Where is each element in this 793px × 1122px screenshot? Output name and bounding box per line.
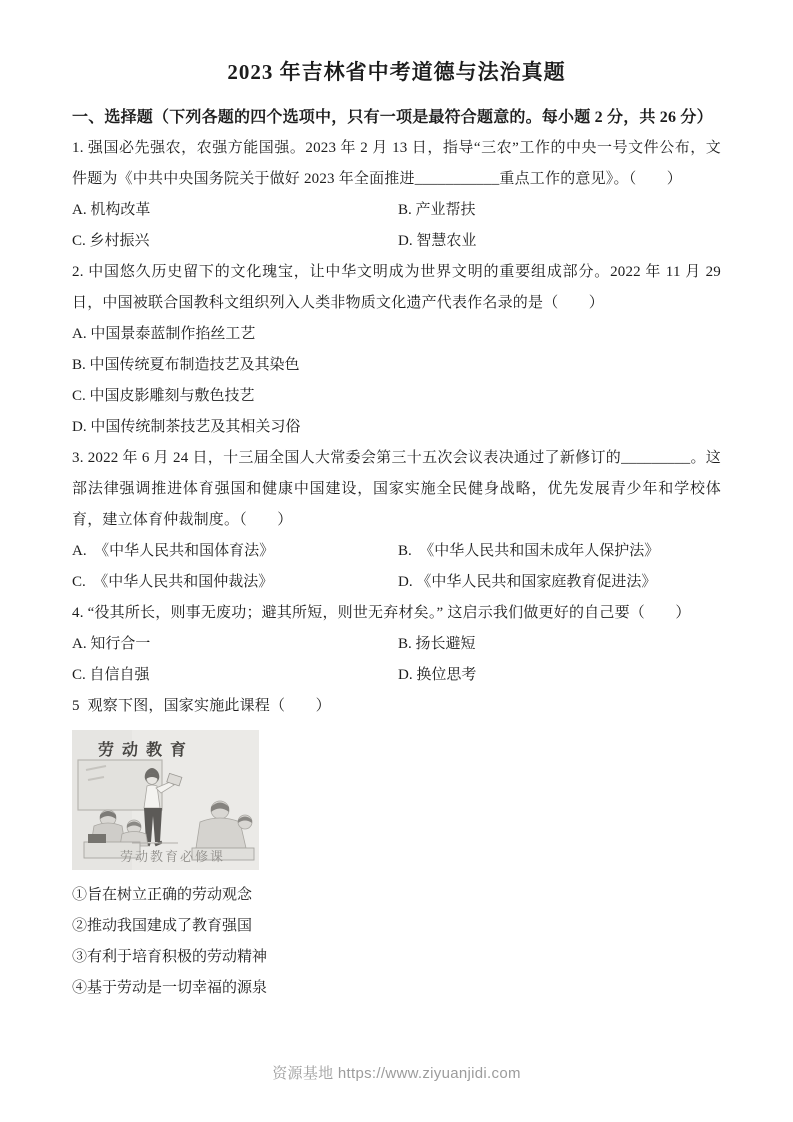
question-3-option-c: C. 《中华人民共和国仲裁法》: [72, 567, 398, 598]
page-title: 2023 年吉林省中考道德与法治真题: [0, 0, 793, 88]
question-5-text: 5 观察下图，国家实施此课程（ ）: [72, 691, 721, 722]
question-1-option-b: B. 产业帮扶: [398, 195, 721, 226]
question-4-text: 4. “役其所长，则事无废功；避其所短，则世无弃材矣。” 这启示我们做更好的自己…: [72, 598, 721, 629]
question-3-option-d: D. 《中华人民共和国家庭教育促进法》: [398, 567, 721, 598]
question-4-option-b: B. 扬长避短: [398, 629, 721, 660]
question-3-text: 3. 2022 年 6 月 24 日，十三届全国人大常委会第三十五次会议表决通过…: [72, 443, 721, 536]
question-1-option-c: C. 乡村振兴: [72, 226, 398, 257]
question-4-option-d: D. 换位思考: [398, 660, 721, 691]
question-5-statement-3: ③有利于培育积极的劳动精神: [72, 942, 721, 973]
labor-education-figure: 劳 动 教 育 劳动教育必修课: [72, 730, 259, 870]
question-2-option-a: A. 中国景泰蓝制作掐丝工艺: [72, 319, 721, 350]
question-2-option-c: C. 中国皮影雕刻与敷色技艺: [72, 381, 721, 412]
question-4-options: A. 知行合一 B. 扬长避短 C. 自信自强 D. 换位思考: [72, 629, 721, 691]
question-5-statements: ①旨在树立正确的劳动观念 ②推动我国建成了教育强国 ③有利于培育积极的劳动精神 …: [72, 880, 721, 1004]
question-1-text: 1. 强国必先强农，农强方能国强。2023 年 2 月 13 日，指导“三农”工…: [72, 133, 721, 195]
watermark-text: 资源基地 https://www.ziyuanjidi.com: [0, 1062, 793, 1083]
exam-document-page: 2023 年吉林省中考道德与法治真题 一、选择题（下列各题的四个选项中，只有一项…: [0, 0, 793, 1122]
question-2-text: 2. 中国悠久历史留下的文化瑰宝，让中华文明成为世界文明的重要组成部分。2022…: [72, 257, 721, 319]
question-5-statement-2: ②推动我国建成了教育强国: [72, 911, 721, 942]
question-1-options: A. 机构改革 B. 产业帮扶 C. 乡村振兴 D. 智慧农业: [72, 195, 721, 257]
question-4-option-c: C. 自信自强: [72, 660, 398, 691]
figure-title: 劳 动 教 育: [98, 737, 188, 760]
question-3-options: A. 《中华人民共和国体育法》 B. 《中华人民共和国未成年人保护法》 C. 《…: [72, 536, 721, 598]
question-5-statement-4: ④基于劳动是一切幸福的源泉: [72, 973, 721, 1004]
question-4-option-a: A. 知行合一: [72, 629, 398, 660]
question-1-option-a: A. 机构改革: [72, 195, 398, 226]
question-2-options: A. 中国景泰蓝制作掐丝工艺 B. 中国传统夏布制造技艺及其染色 C. 中国皮影…: [72, 319, 721, 443]
question-3-option-a: A. 《中华人民共和国体育法》: [72, 536, 398, 567]
question-5-statement-1: ①旨在树立正确的劳动观念: [72, 880, 721, 911]
question-2-option-b: B. 中国传统夏布制造技艺及其染色: [72, 350, 721, 381]
figure-caption: 劳动教育必修课: [120, 846, 225, 865]
question-1-option-d: D. 智慧农业: [398, 226, 721, 257]
question-3-option-b: B. 《中华人民共和国未成年人保护法》: [398, 536, 721, 567]
question-2-option-d: D. 中国传统制茶技艺及其相关习俗: [72, 412, 721, 443]
document-body: 一、选择题（下列各题的四个选项中，只有一项是最符合题意的。每小题 2 分，共 2…: [0, 102, 793, 1004]
section-heading: 一、选择题（下列各题的四个选项中，只有一项是最符合题意的。每小题 2 分，共 2…: [72, 102, 721, 133]
